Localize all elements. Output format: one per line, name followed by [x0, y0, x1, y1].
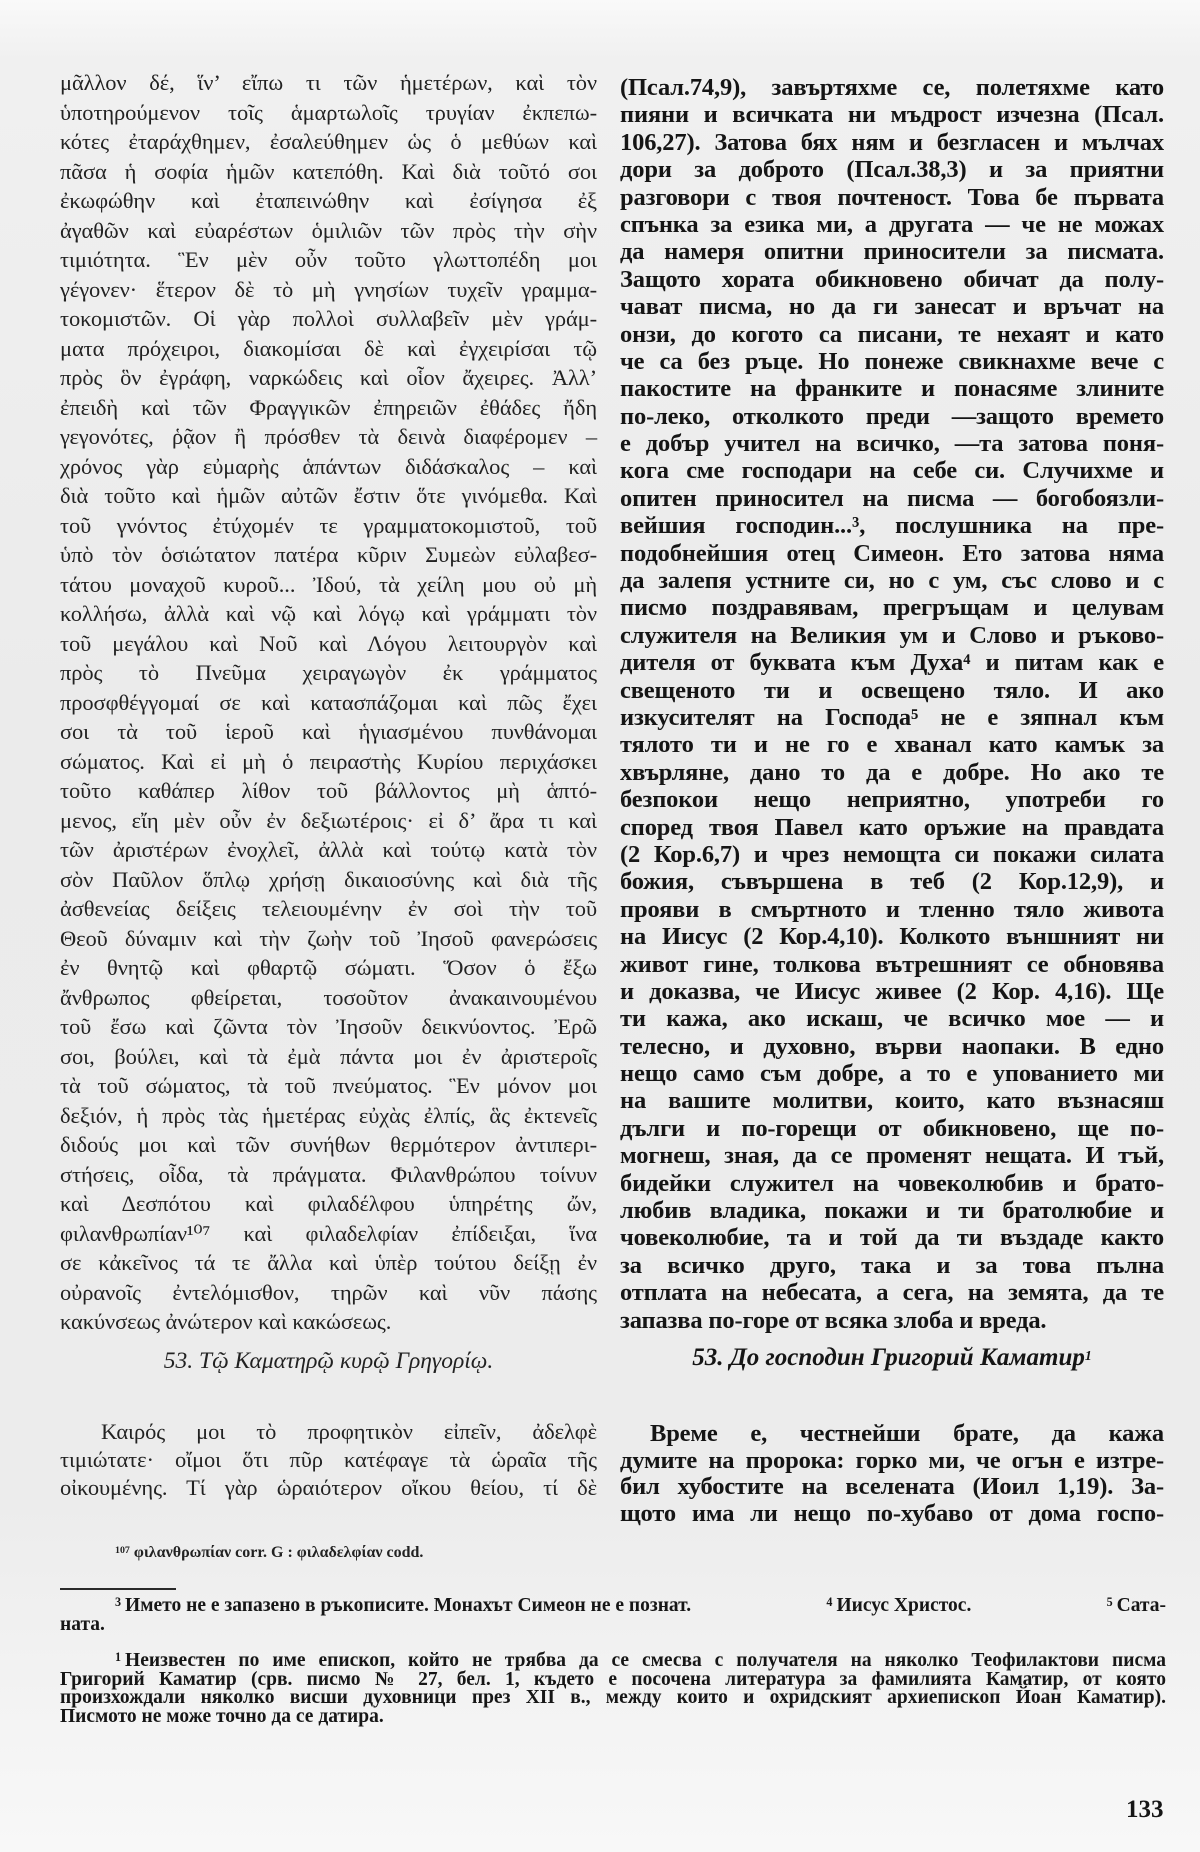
- page-number: 133: [1126, 1796, 1164, 1824]
- bulgarian-text-line: вейшия господин...³, послушника на пре-: [620, 512, 1164, 539]
- footnote-3: 3Името не е запазено в ръкописите. Монах…: [115, 1597, 691, 1616]
- bulgarian-text-line: дълги и по-горещи от обикновено, ще по-: [620, 1115, 1164, 1142]
- greek-text-line: τοῦ ἔσω καὶ ζῶντα τὸν Ἰησοῦν δεικνύοντος…: [60, 1012, 597, 1042]
- greek-text-line: ἀγαθῶν καὶ εὐαρέστων ὁμιλιῶν τῶν πρὸς τὴ…: [60, 216, 597, 246]
- footnote-text-line: Писмото не може точно да се датира.: [60, 1708, 1166, 1727]
- bulgarian-text-line: пакостите на франките и понасяме злините: [620, 375, 1164, 402]
- bulgarian-text-line: дителя от буквата към Духа⁴ и питам как …: [620, 649, 1164, 676]
- bulgarian-text-line: думите на пророка: горко ми, че огън е и…: [620, 1448, 1164, 1475]
- bulgarian-text-line: изкусителят на Господа⁵ не е зяпнал към: [620, 704, 1164, 731]
- greek-text-line: κακύνσεως ἀνώτερον καὶ κακώσεως.: [60, 1307, 597, 1337]
- greek-text-line: σὸν Παῦλον ὅπλῳ χρήσῃ δικαιοσύνης καὶ δι…: [60, 865, 597, 895]
- greek-text-line: τοῦτο καθάπερ λίθον τοῦ βάλλοντος μὴ ἁπτ…: [60, 776, 597, 806]
- bulgarian-text-line: подобнейшия отец Симеон. Ето затова няма: [620, 540, 1164, 567]
- greek-text-line: πρὸς τὸ Πνεῦμα χειραγωγὸν ἐκ γράμματος: [60, 658, 597, 688]
- bulgarian-text-line: човеколюбие, та и той да ти въздаде какт…: [620, 1224, 1164, 1251]
- bulgarian-text-line: чават писма, но да ги занесат и връчат н…: [620, 293, 1164, 320]
- greek-text-line: Θεοῦ δύναμιν καὶ τὴν ζωὴν τοῦ Ἰησοῦ φανε…: [60, 924, 597, 954]
- greek-text-line: χρόνος γὰρ εὐμαρὴς ἁπάντων διδάσκαλος – …: [60, 452, 597, 482]
- greek-text-line: Καιρός μοι τὸ προφητικὸν εἰπεῖν, ἀδελφὲ: [60, 1418, 597, 1446]
- greek-text-line: δεξιόν, ἡ πρὸς τὰς ἡμετέρας εὐχὰς ἐλπίς,…: [60, 1101, 597, 1131]
- letter-heading-greek: 53. Τῷ Καματηρῷ κυρῷ Γρηγορίῳ.: [60, 1346, 597, 1376]
- footnote-5-continuation: ната.: [60, 1616, 1166, 1635]
- footnote-5: 5Сата-: [1107, 1597, 1166, 1616]
- greek-text-line: στήσεις, οἶδα, τὰ πράγματα. Φιλανθρώπου …: [60, 1160, 597, 1190]
- greek-text-line: τὰ τοῦ σώματος, τὰ τοῦ πνεύματος. Ἓν μόν…: [60, 1071, 597, 1101]
- bulgarian-text-line: могнеш, зная, да се променят нещата. И т…: [620, 1142, 1164, 1169]
- apparatus-text: φιλανθρωπίαν corr. G : φιλαδελφίαν codd.: [134, 1544, 424, 1561]
- bulgarian-text-line: безпокои нещо неприятно, употреби го: [620, 786, 1164, 813]
- bulgarian-text-line: да залепя устните си, но с ум, със слово…: [620, 567, 1164, 594]
- greek-column-letter-53: Καιρός μοι τὸ προφητικὸν εἰπεῖν, ἀδελφὲ …: [60, 1418, 597, 1502]
- letter-heading-bulgarian: 53. До господин Григорий Каматир1: [620, 1343, 1164, 1373]
- bulgarian-text-line: прояви в смъртното и тленно тяло живота: [620, 896, 1164, 923]
- bulgarian-text-line: бил хубостите на вселената (Иоил 1,19). …: [620, 1474, 1164, 1501]
- bulgarian-text-line: отплата на небесата, а сега, на земята, …: [620, 1279, 1164, 1306]
- greek-text-line: τοῦ γνόντος ἐτύχομέν τε γραμματοκομιστοῦ…: [60, 511, 597, 541]
- bulgarian-column-letter-53: Време е, честнейши брате, да кажа думите…: [620, 1421, 1164, 1527]
- greek-text-line: σοι, βούλει, καὶ τὰ ἐμὰ πάντα μοι ἐν ἀρι…: [60, 1042, 597, 1072]
- footnotes-letter-52: 3Името не е запазено в ръкописите. Монах…: [60, 1597, 1166, 1634]
- greek-text-line: τιμιώτατε· οἴμοι ὅτι πῦρ κατέφαγε τὰ ὡρα…: [60, 1446, 597, 1474]
- greek-text-line: γεγονότες, ῥᾷον ἢ πρόσθεν τὰ δεινὰ διαφέ…: [60, 422, 597, 452]
- bulgarian-text-line: бидейки служител на човеколюбив и брато-: [620, 1170, 1164, 1197]
- footnote-separator: [60, 1588, 176, 1590]
- bulgarian-text-line: дори за доброто (Псал.38,3) и за приятни: [620, 156, 1164, 183]
- greek-text-line: ὑποτηρούμενον τοῖς ἁμαρτωλοῖς τρυγίαν ἐκ…: [60, 98, 597, 128]
- bulgarian-text-line: на вашите молитви, които, като възнасяш: [620, 1087, 1164, 1114]
- greek-text-line: τοῦ μεγάλου καὶ Νοῦ καὶ Λόγου λειτουργὸν…: [60, 629, 597, 659]
- greek-text-line: σώματος. Καὶ εἰ μὴ ὁ πειραστὴς Κυρίου πε…: [60, 747, 597, 777]
- greek-text-line: οἰκουμένης. Τί γὰρ ὡραιότερον οἴκου θείο…: [60, 1474, 597, 1502]
- footnote-reference: 1: [1085, 1348, 1092, 1363]
- greek-column-letter-52: μᾶλλον δέ, ἵν’ εἴπω τι τῶν ἡμετέρων, καὶ…: [60, 68, 597, 1337]
- greek-text-line: ἀσθενείας δείξεις τελειουμένην ἐν σοὶ τὴ…: [60, 894, 597, 924]
- bulgarian-text-line: 106,27). Затова бях ням и безгласен и мъ…: [620, 129, 1164, 156]
- greek-text-line: σοι τὰ τοῦ ἱεροῦ καὶ ἡγιασμένου πυνθάνομ…: [60, 717, 597, 747]
- bulgarian-text-line: пияни и всичката ни мъдрост изчезна (Пса…: [620, 101, 1164, 128]
- greek-text-line: ἄνθρωπος φθείρεται, τοσοῦτον ἀνακαινουμέ…: [60, 983, 597, 1013]
- greek-text-line: τῶν ἀριστέρων ἐνοχλεῖ, ἀλλὰ καὶ τούτῳ κα…: [60, 835, 597, 865]
- bulgarian-text-line: по-леко, отколкото преди —защото времето: [620, 403, 1164, 430]
- footnote-text: Името не е запазено в ръкописите. Монахъ…: [125, 1595, 691, 1616]
- footnote-text: Неизвестен по име епископ, който не тряб…: [125, 1650, 1166, 1671]
- greek-text-line: ἐκωφώθην καὶ ἐταπεινώθην καὶ ἐσίγησα ἐξ: [60, 186, 597, 216]
- bulgarian-text-line: ти кажа, ако искаш, че всичко мое — и: [620, 1005, 1164, 1032]
- greek-text-line: κολλήσω, ἀλλὰ καὶ νῷ καὶ λόγῳ καὶ γράμμα…: [60, 599, 597, 629]
- bulgarian-text-line: запазва по-горе от всяка злоба и вреда.: [620, 1307, 1164, 1334]
- greek-text-line: προσφθέγγομαί σε καὶ κατασπάζομαι καὶ πῶ…: [60, 688, 597, 718]
- footnote-text-line: 1Неизвестен по име епископ, който не тря…: [60, 1652, 1166, 1671]
- bulgarian-text-line: любив владика, покажи и ти братолюбие и: [620, 1197, 1164, 1224]
- bulgarian-text-line: свещеното ти и освещено тяло. И ако: [620, 677, 1164, 704]
- bulgarian-column-letter-52: (Псал.74,9), завъртяхме се, полетяхме ка…: [620, 74, 1164, 1334]
- footnote-text-line: произхождали няколко висши духовници пре…: [60, 1689, 1166, 1708]
- greek-text-line: μᾶλλον δέ, ἵν’ εἴπω τι τῶν ἡμετέρων, καὶ…: [60, 68, 597, 98]
- bulgarian-text-line: служителя на Великия ум и Слово и ръково…: [620, 622, 1164, 649]
- greek-text-line: πᾶσα ἡ σοφία ἡμῶν κατεπόθη. Καὶ διὰ τοῦτ…: [60, 157, 597, 187]
- greek-text-line: ὑπὸ τὸν ὁσιώτατον πατέρα κῦριν Συμεὼν εὐ…: [60, 540, 597, 570]
- letter-heading-text: 53. До господин Григорий Каматир: [692, 1344, 1085, 1371]
- greek-text-line: τιμιότητα. Ἓν μὲν οὖν τοῦτο γλωττοπέδη μ…: [60, 245, 597, 275]
- bulgarian-text-line: и доказва, че Иисус живее (2 Кор. 4,16).…: [620, 978, 1164, 1005]
- bulgarian-text-line: е добър учител на всичко, —та затова пон…: [620, 430, 1164, 457]
- footnote-text: Иисус Христос.: [836, 1595, 971, 1616]
- bulgarian-text-line: тялото ти и не го е хванал като камък за: [620, 731, 1164, 758]
- bulgarian-text-line: на Иисус (2 Кор.4,10). Колкото външният …: [620, 923, 1164, 950]
- footnote-marker: 4: [826, 1595, 832, 1609]
- greek-text-line: φιλανθρωπίαν¹⁰⁷ καὶ φιλαδελφίαν ἐπίδειξα…: [60, 1219, 597, 1249]
- footnote-marker: 3: [115, 1595, 121, 1609]
- greek-text-line: γέγονεν· ἕτερον δὲ τὸ μὴ γνησίων τυχεῖν …: [60, 275, 597, 305]
- bulgarian-text-line: за всичко друго, така и за това пълна: [620, 1252, 1164, 1279]
- greek-text-line: ἐν θνητῷ καὶ φθαρτῷ σώματι. Ὅσον ὁ ἔξω: [60, 953, 597, 983]
- bulgarian-text-line: хвърляне, дано то да е добре. Но ако те: [620, 759, 1164, 786]
- greek-text-line: πρὸς ὃν ἐγράφη, ναρκώδεις καὶ οἷον ἄχειρ…: [60, 363, 597, 393]
- greek-text-line: ματα πρόχειροι, διακομίσαι δὲ καὶ ἐγχειρ…: [60, 334, 597, 364]
- bulgarian-text-line: разговори с твоя почтеност. Това бе първ…: [620, 184, 1164, 211]
- bulgarian-text-line: (Псал.74,9), завъртяхме се, полетяхме ка…: [620, 74, 1164, 101]
- bulgarian-text-line: божия, съвършена в теб (2 Кор.12,9), и: [620, 868, 1164, 895]
- footnote-text: Сата-: [1117, 1595, 1166, 1616]
- greek-text-line: καὶ Δεσπότου καὶ φιλαδέλφου ὑπηρέτης ὤν,: [60, 1189, 597, 1219]
- apparatus-marker: 107: [115, 1545, 130, 1556]
- footnote-1-letter-53: 1Неизвестен по име епископ, който не тря…: [60, 1652, 1166, 1726]
- bulgarian-text-line: (2 Кор.6,7) и чрез немощта си покажи сил…: [620, 841, 1164, 868]
- greek-text-line: ἐπειδὴ καὶ τῶν Φραγγικῶν ἐπηρειῶν ἐθάδες…: [60, 393, 597, 423]
- bulgarian-text-line: според твоя Павел като оръжие на правдат…: [620, 814, 1164, 841]
- bulgarian-text-line: спънка за езика ми, а другата — че не мо…: [620, 211, 1164, 238]
- greek-text-line: τάτου μοναχοῦ κυροῦ... Ἰδού, τὰ χείλη μο…: [60, 570, 597, 600]
- footnote-row: 3Името не е запазено в ръкописите. Монах…: [60, 1597, 1166, 1616]
- bulgarian-text-line: живот гине, толкова вътрешният се обновя…: [620, 951, 1164, 978]
- greek-text-line: τοκομιστῶν. Οἱ γὰρ πολλοὶ συλλαβεῖν μὲν …: [60, 304, 597, 334]
- bulgarian-text-line: опитен приносител на писма — богобоязли-: [620, 485, 1164, 512]
- greek-text-line: μενος, εἴη μὲν οὖν ἐν δεξιωτέροις· εἰ δ’…: [60, 806, 597, 836]
- greek-text-line: οὐρανοῖς ἐντελόμισθον, τηρῶν καὶ νῦν πάσ…: [60, 1278, 597, 1308]
- bulgarian-text-line: нещо само съм добре, а то е упованието м…: [620, 1060, 1164, 1087]
- bulgarian-text-line: щото има ли нещо по-хубаво от дома госпо…: [620, 1501, 1164, 1528]
- greek-text-line: σε κἀκεῖνος τά τε ἄλλα καὶ ὑπὲρ τούτου δ…: [60, 1248, 597, 1278]
- bulgarian-text-line: Защото хората обикновено обичат да полу-: [620, 266, 1164, 293]
- bulgarian-text-line: да намеря опитни приносители за писмата.: [620, 238, 1164, 265]
- bulgarian-text-line: телесно, и духовно, върви наопаки. В едн…: [620, 1033, 1164, 1060]
- bulgarian-text-line: онзи, до когото са писани, те нехаят и к…: [620, 321, 1164, 348]
- footnote-marker: 5: [1107, 1595, 1113, 1609]
- greek-text-line: κότες ἐταράχθημεν, ἐσαλεύθημεν ὡς ὁ μεθύ…: [60, 127, 597, 157]
- bulgarian-text-line: писмо поздравявам, прегръщам и целувам: [620, 594, 1164, 621]
- greek-text-line: διὰ τοῦτο καὶ ἡμῶν αὐτῶν ἔστιν ὅτε γινόμ…: [60, 481, 597, 511]
- bulgarian-text-line: кога сме господари на себе си. Случихме …: [620, 457, 1164, 484]
- footnote-marker: 1: [115, 1650, 121, 1664]
- bulgarian-text-line: Време е, честнейши брате, да кажа: [620, 1421, 1164, 1448]
- bulgarian-text-line: че са без ръце. Но понеже свикнахме вече…: [620, 348, 1164, 375]
- greek-text-line: διδούς μοι καὶ τῶν συνήθων θερμότερον ἀν…: [60, 1130, 597, 1160]
- critical-apparatus-note: 107φιλανθρωπίαν corr. G : φιλαδελφίαν co…: [115, 1543, 423, 1563]
- footnote-4: 4Иисус Христос.: [826, 1597, 971, 1616]
